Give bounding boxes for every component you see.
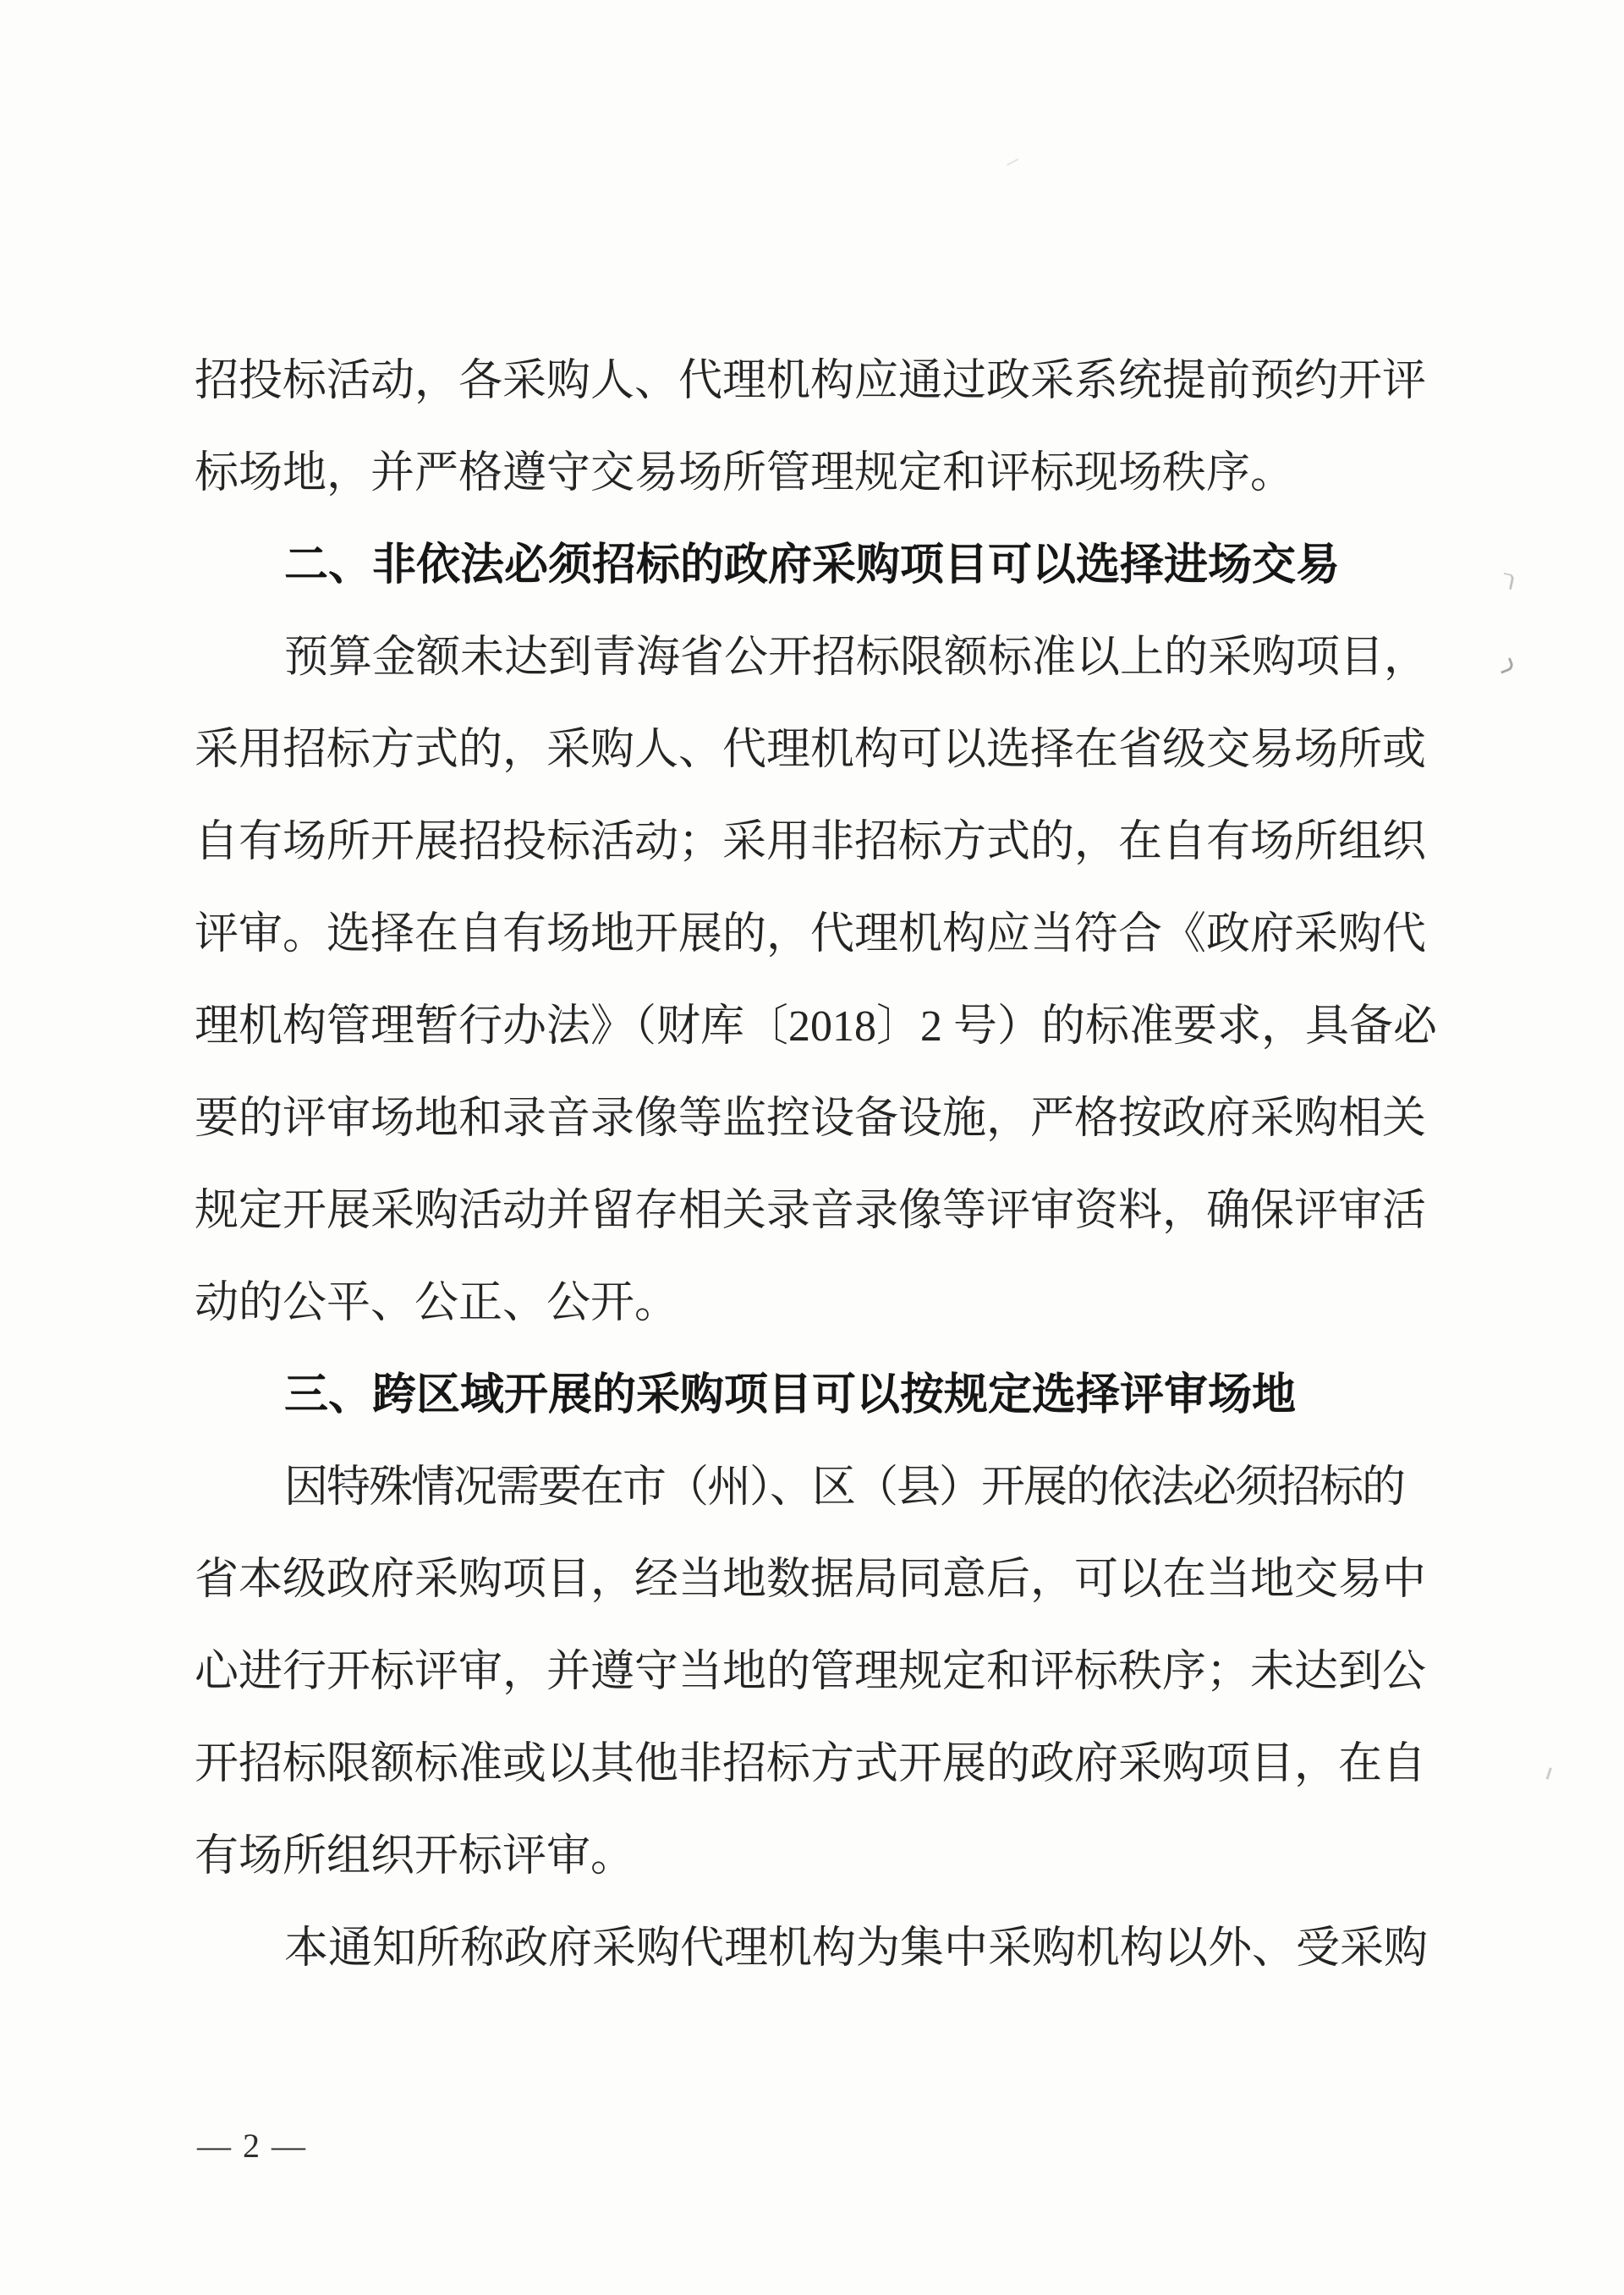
scan-speck — [1007, 158, 1023, 173]
text-line: 心进行开标评审，并遵守当地的管理规定和评标秩序；未达到公 — [195, 1626, 1426, 1718]
text-line: 采用招标方式的，采购人、代理机构可以选择在省级交易场所或 — [195, 704, 1426, 796]
scan-speck — [1538, 1765, 1552, 1779]
text-line: 省本级政府采购项目，经当地数据局同意后，可以在当地交易中 — [195, 1534, 1426, 1626]
text-line: 规定开展采购活动并留存相关录音录像等评审资料，确保评审活 — [195, 1165, 1426, 1257]
text-line: 招投标活动，各采购人、代理机构应通过政采系统提前预约开评 — [195, 335, 1426, 427]
text-line: 要的评审场地和录音录像等监控设备设施，严格按政府采购相关 — [195, 1073, 1426, 1165]
paragraph-first-line: 本通知所称政府采购代理机构为集中采购机构以外、受采购 — [284, 1902, 1428, 1995]
page-number: — 2 — — [197, 2125, 307, 2167]
text-line: 理机构管理暂行办法》（财库〔2018〕2 号）的标准要求，具备必 — [195, 980, 1437, 1073]
paragraph-first-line: 预算金额未达到青海省公开招标限额标准以上的采购项目， — [284, 612, 1428, 704]
paragraph-first-line: 因特殊情况需要在市（州）、区（县）开展的依法必须招标的 — [284, 1441, 1404, 1534]
section-two-heading: 二、非依法必须招标的政府采购项目可以选择进场交易 — [284, 519, 1340, 612]
scan-speck — [1497, 657, 1515, 673]
text-line: 标场地，并严格遵守交易场所管理规定和评标现场秩序。 — [195, 427, 1294, 519]
text-line: 开招标限额标准或以其他非招标方式开展的政府采购项目，在自 — [195, 1718, 1426, 1810]
text-line: 自有场所开展招投标活动；采用非招标方式的，在自有场所组织 — [195, 796, 1426, 888]
paragraph-last-line: 动的公平、公正、公开。 — [195, 1257, 678, 1349]
section-three-heading: 三、跨区域开展的采购项目可以按规定选择评审场地 — [284, 1349, 1296, 1441]
text-line: 评审。选择在自有场地开展的，代理机构应当符合《政府采购代 — [195, 888, 1426, 980]
scan-speck — [1501, 573, 1514, 590]
paragraph-last-line: 有场所组织开标评审。 — [195, 1810, 634, 1902]
document-page: 招投标活动，各采购人、代理机构应通过政采系统提前预约开评 标场地，并严格遵守交易… — [0, 0, 1624, 2295]
